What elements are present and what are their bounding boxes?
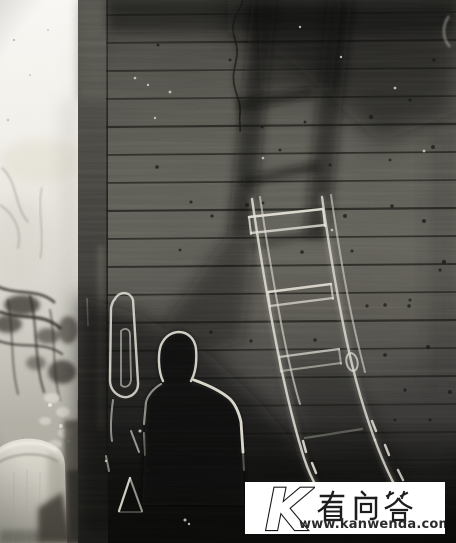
photo-scene: [0, 0, 456, 543]
watermark-title: 看问答: [317, 489, 407, 520]
photograph: K: [0, 0, 456, 543]
watermark-url: www.kanwenda.com: [299, 517, 445, 532]
watermark: K: [245, 482, 445, 534]
film-grain: [0, 0, 456, 543]
